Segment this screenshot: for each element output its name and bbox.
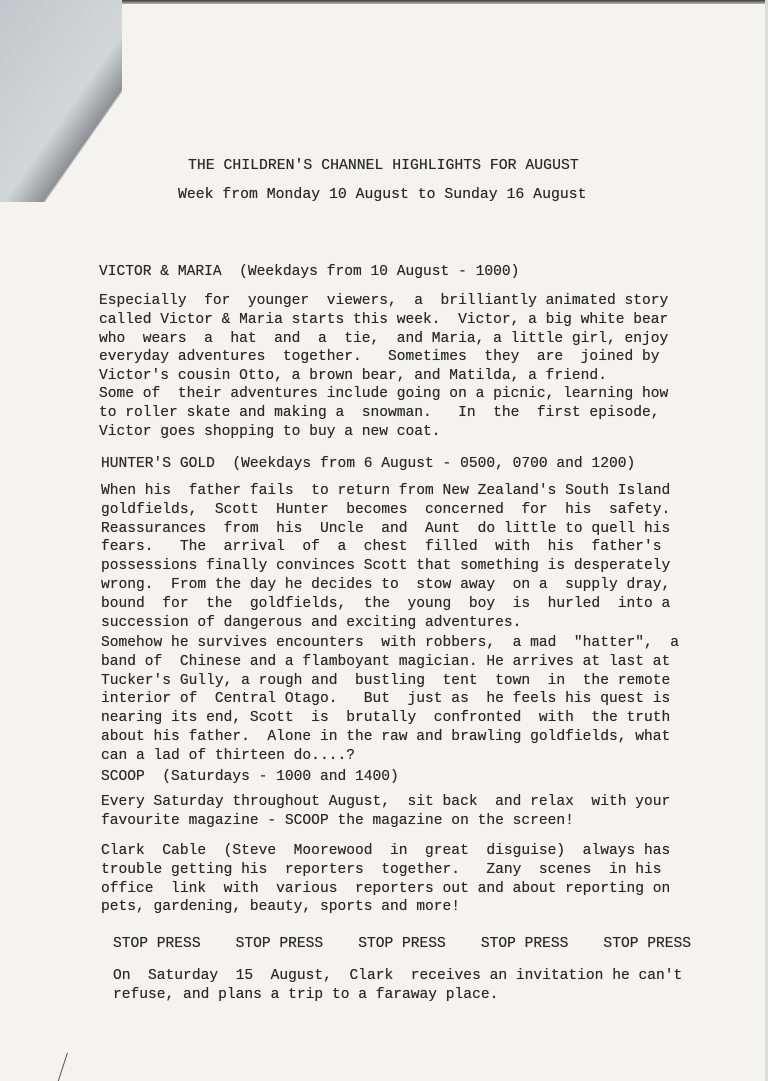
document-title: THE CHILDREN'S CHANNEL HIGHLIGHTS FOR AU… (188, 157, 579, 176)
document-subtitle: Week from Monday 10 August to Sunday 16 … (178, 186, 586, 205)
section-paragraph: When his father fails to return from New… (101, 482, 721, 632)
section-heading-hunters-gold: HUNTER'S GOLD (Weekdays from 6 August - … (101, 455, 635, 474)
pencil-mark (57, 1053, 68, 1081)
section-heading-scoop: SCOOP (Saturdays - 1000 and 1400) (101, 768, 399, 787)
section-paragraph: Some of their adventures include going o… (99, 385, 719, 441)
stop-press-banner: STOP PRESS STOP PRESS STOP PRESS STOP PR… (113, 935, 691, 954)
section-paragraph: Somehow he survives encounters with robb… (101, 634, 721, 766)
section-paragraph: Especially for younger viewers, a brilli… (99, 292, 719, 386)
section-heading-victor-maria: VICTOR & MARIA (Weekdays from 10 August … (99, 263, 519, 282)
folded-corner (0, 0, 122, 202)
section-paragraph: Clark Cable (Steve Moorewood in great di… (101, 842, 721, 917)
document-page: THE CHILDREN'S CHANNEL HIGHLIGHTS FOR AU… (0, 0, 768, 1081)
section-paragraph: Every Saturday throughout August, sit ba… (101, 793, 721, 831)
stop-press-text: On Saturday 15 August, Clark receives an… (113, 967, 733, 1005)
